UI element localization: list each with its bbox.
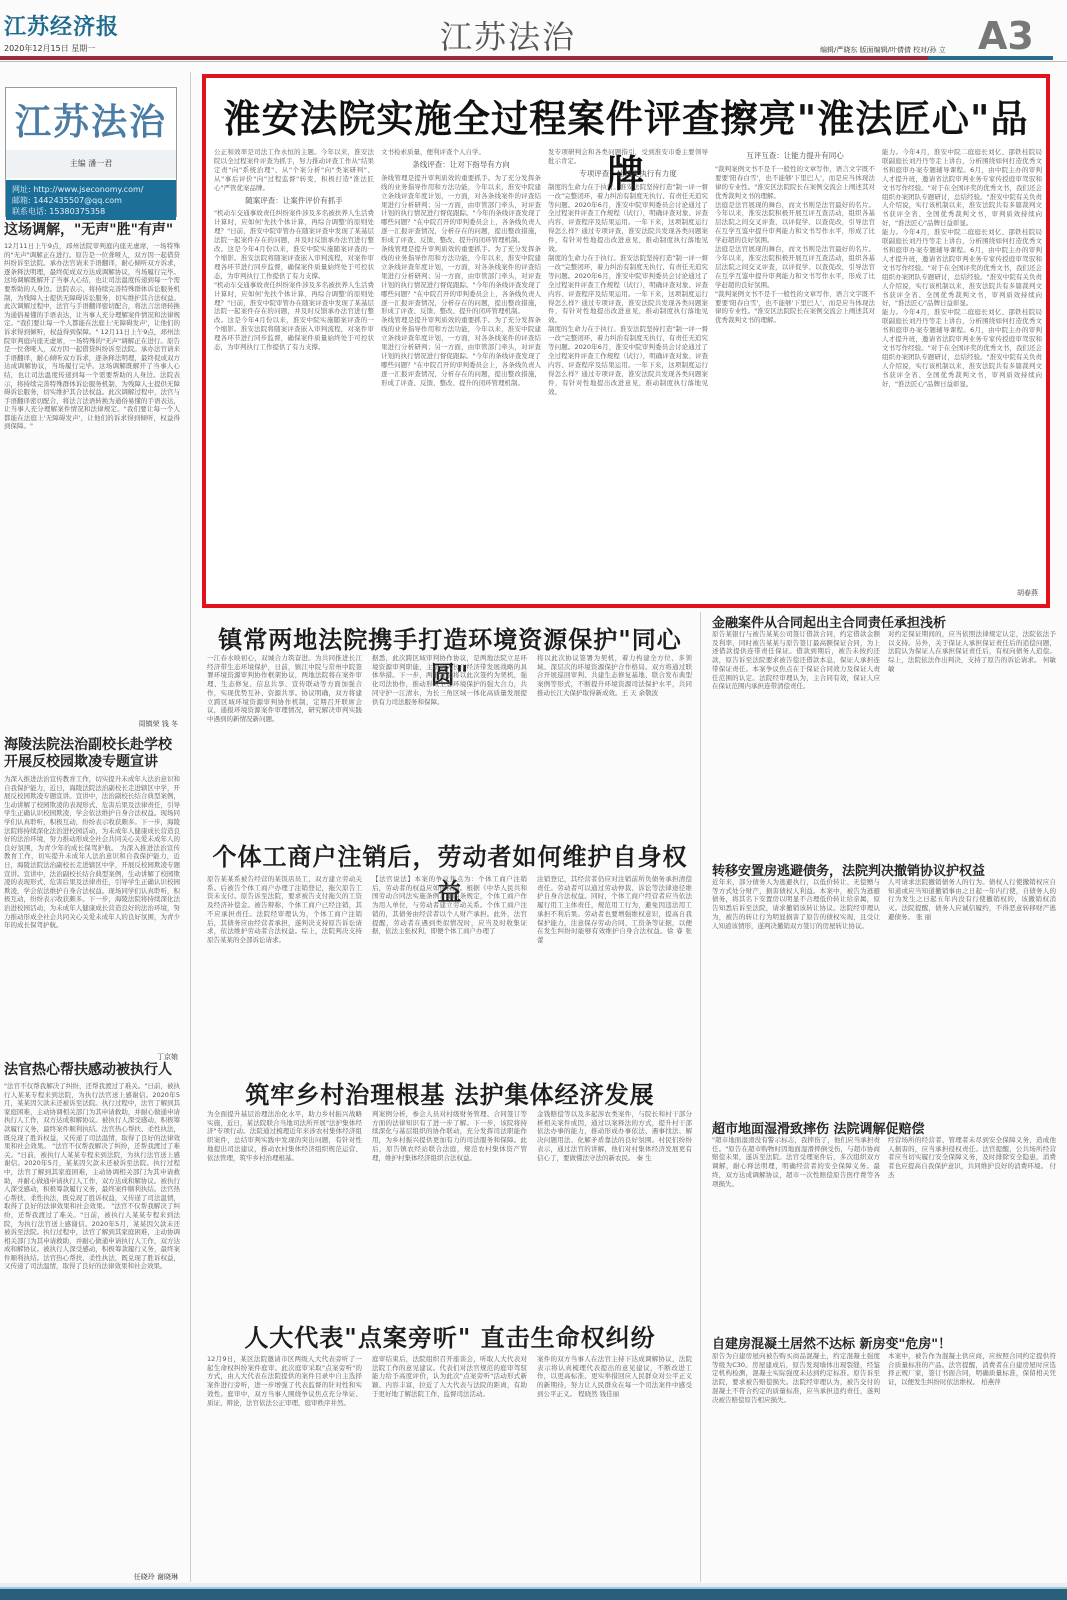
contact-phone: 联系电话: 15380375358 xyxy=(12,206,170,217)
article-headline[interactable]: 转移安置房逃避债务，法院判决撤销协议护权益 xyxy=(712,860,1062,879)
contact-website[interactable]: 网址: http://www.jseconomy.com/ xyxy=(12,184,170,195)
section-brand-box: 江苏法治 主编 潘一君 网址: http://www.jseconomy.com… xyxy=(5,87,177,217)
page-number: A3 xyxy=(978,14,1034,58)
article-headline[interactable]: 法官热心帮扶感动被执行人 xyxy=(4,1062,180,1079)
featured-column-3: 发专项研判会和各类问题指引，受到淮安市委主要领导批示肯定。 专项评查：让制度执行… xyxy=(548,148,708,593)
article-body: 原告某某系被告经营的某饭店员工，双方建立劳动关系。后被告个体工商户办理了注销登记… xyxy=(207,875,362,1080)
article-body: 为深入推进法治宣传教育工作，切实提升未成年人法治意识和自我保护能力，近日，海陵法… xyxy=(4,775,180,1055)
article-body: 经营场所的经营者、管理者未尽到安全保障义务，造成他人损害的，应当承担侵权责任。法… xyxy=(888,1136,1056,1331)
article-headline[interactable]: 金融案件从合同起出主合同责任承担浅析 xyxy=(712,612,1062,631)
article-headline[interactable]: 这场调解，"无声"胜"有声" xyxy=(4,222,180,239)
column-divider xyxy=(700,612,701,1582)
featured-article: 淮安法院实施全过程案件评查擦亮"淮法匠心"品牌 公正和效率是司法工作永恒的主题。… xyxy=(202,74,1050,608)
article-headline[interactable]: 人大代表"点案旁听" 直击生命权纠纷 xyxy=(205,1318,695,1353)
article-body: 对约定保证期间的，应当依照法律规定认定，法院依法予以支持。另外，关于保证人承担保… xyxy=(888,630,1056,850)
article-body: 为全面提升基层治理法治化水平，助力乡村振兴战略实施，近日，某法院联合当地司法所开… xyxy=(207,1110,362,1320)
paper-name: 江苏经济报 xyxy=(4,10,119,41)
article-body: 一江春水映初心，双城合力筑奋进。为共同推进长江经济带生态环境保护，日前，镇江中院… xyxy=(207,654,362,839)
article-byline: 周镇荣 钱 冬 xyxy=(139,719,178,729)
article-body: 近年来，部分债务人为逃避执行，以低价转让、无偿赠与等方式处分财产，损害债权人利益… xyxy=(712,878,880,1118)
chief-editor: 主编 潘一君 xyxy=(6,150,176,178)
article-body: 原告某银行与被告某某公司签订借款合同，约定借款金额及利率，同时被告某某与原告签订… xyxy=(712,630,880,850)
article-body: "法官不仅帮我解决了纠纷，还帮我渡过了难关。"日前，被执行人某某专程来到法院，为… xyxy=(4,1082,180,1582)
article-body: "超市地面湿滑没有警示标志，我摔伤了，他们应当承担责任。"原告在超市购物时因地面… xyxy=(712,1136,880,1331)
article-body: 【法官说法】本案的争议焦点为：个体工商户注销后，劳动者的权益应如何保障。根据《中… xyxy=(372,875,527,1080)
section-title: 江苏法治 xyxy=(440,12,576,58)
featured-column-1: 公正和效率是司法工作永恒的主题。今年以来，淮安法院以全过程案件评查为抓手，努力推… xyxy=(214,148,374,593)
article-body: 案件的双方当事人在法官主持下达成调解协议，法院表示将认真梳理代表提出的意见建议，… xyxy=(537,1355,692,1580)
article-body: 12月9日，某区法院邀请市区两级人大代表旁听了一起生命权纠纷案件庭审。此次庭审采… xyxy=(207,1355,362,1580)
subheading: 随案评查：让案件评价有抓手 xyxy=(214,197,374,206)
column-divider xyxy=(190,72,191,1582)
subheading: 互评互查：让能力提升有同心 xyxy=(715,152,875,161)
article-headline[interactable]: 海陵法院法治副校长赴学校开展反校园欺凌专题宣讲 xyxy=(4,737,180,771)
subheading: 条线评查：让对下指导有方向 xyxy=(381,161,541,170)
article-headline[interactable]: 超市地面湿滑致摔伤 法院调解促赔偿 xyxy=(712,1118,1062,1137)
article-body: 据悉，此次跨区域审判协作协议，是两地法院立足环境资源审判职能，主动融入长江经济带… xyxy=(372,654,527,839)
featured-column-5: 能力。今年4月，淮安中院二庭庭长刘亿、邵铁桂院局联副庭长刘丹丹等走上讲台，分析围… xyxy=(882,148,1042,593)
header-rule-thin xyxy=(0,61,1067,62)
editor-credits: 编辑/严晓东 版面编辑/叶倩倩 校对/孙 立 xyxy=(820,45,946,55)
featured-column-4: 互评互查：让能力提升有同心 "裁判案例文书不是千一般性的文章写作，语言文字既不要… xyxy=(715,148,875,593)
article-headline[interactable]: 筑牢乡村治理根基 法护集体经济发展 xyxy=(205,1075,695,1110)
article-body: 原告为自建房屋向被告购买商品混凝土，约定混凝土强度等级为C30。房屋建成后，原告… xyxy=(712,1352,880,1580)
article-body: 将以此次协议签署为契机，着力构建全方位、多领域、深层次的环境资源保护合作格局。双… xyxy=(537,654,692,839)
contact-email[interactable]: 邮箱: 1442435507@qq.com xyxy=(12,195,170,206)
contact-info: 网址: http://www.jseconomy.com/ 邮箱: 144243… xyxy=(6,180,176,220)
article-body: 人可请求法院撤销债务人的行为。债权人行使撤销权应自知道或应当知道撤销事由之日起一… xyxy=(888,878,1056,1118)
article-body: 本案中，被告作为混凝土供应商，应按照合同约定提供符合质量标准的产品。法官提醒，消… xyxy=(888,1352,1056,1580)
article-body: 判案例分析，参会人员对村级财务管理、合同签订等方面的法律知识有了进一步了解。下一… xyxy=(372,1110,527,1320)
header-rule-blue xyxy=(928,56,1053,60)
brand-title: 江苏法治 xyxy=(6,94,176,145)
subheading: 专项评查：让制度执行有力度 xyxy=(548,170,708,179)
article-headline[interactable]: 自建房混凝土居然不达标 新房变"危房"！ xyxy=(712,1333,1062,1352)
article-body: 12月11日上午9点，邳州法院审判庭内座无虚席，一场特殊的"无声"调解正在进行。… xyxy=(4,242,180,722)
featured-byline: 胡春燕 xyxy=(1017,588,1038,598)
featured-column-2: 文书检索质量，便利评查个人自学。 条线评查：让对下指导有方向 条线管理是提升审判… xyxy=(381,148,541,593)
article-body: 注销登记，其经营者仍应对注销前所负债务承担清偿责任。劳动者可以通过劳动仲裁、诉讼… xyxy=(537,875,692,1080)
article-byline: 丁京娘 xyxy=(157,1052,178,1062)
article-body: 金钱赔偿等以及多起涉农类案件，与院长和村干部分析相关案件成因，通过以案释法的方式… xyxy=(537,1110,692,1320)
masthead: 江苏经济报 2020年12月15日 星期一 江苏法治 编辑/严晓东 版面编辑/叶… xyxy=(0,0,1067,62)
left-sidebar: 江苏法治 主编 潘一君 网址: http://www.jseconomy.com… xyxy=(0,72,180,1592)
article-body: 庭审结束后，法院组织召开座谈会，听取人大代表对法院工作的意见建议。代表们对法官规… xyxy=(372,1355,527,1580)
header-rule-red xyxy=(0,56,928,60)
footer-bar xyxy=(0,1583,1067,1600)
issue-date: 2020年12月15日 星期一 xyxy=(4,43,95,54)
article-byline: 任晓玲 谢晓琳 xyxy=(134,1572,178,1582)
